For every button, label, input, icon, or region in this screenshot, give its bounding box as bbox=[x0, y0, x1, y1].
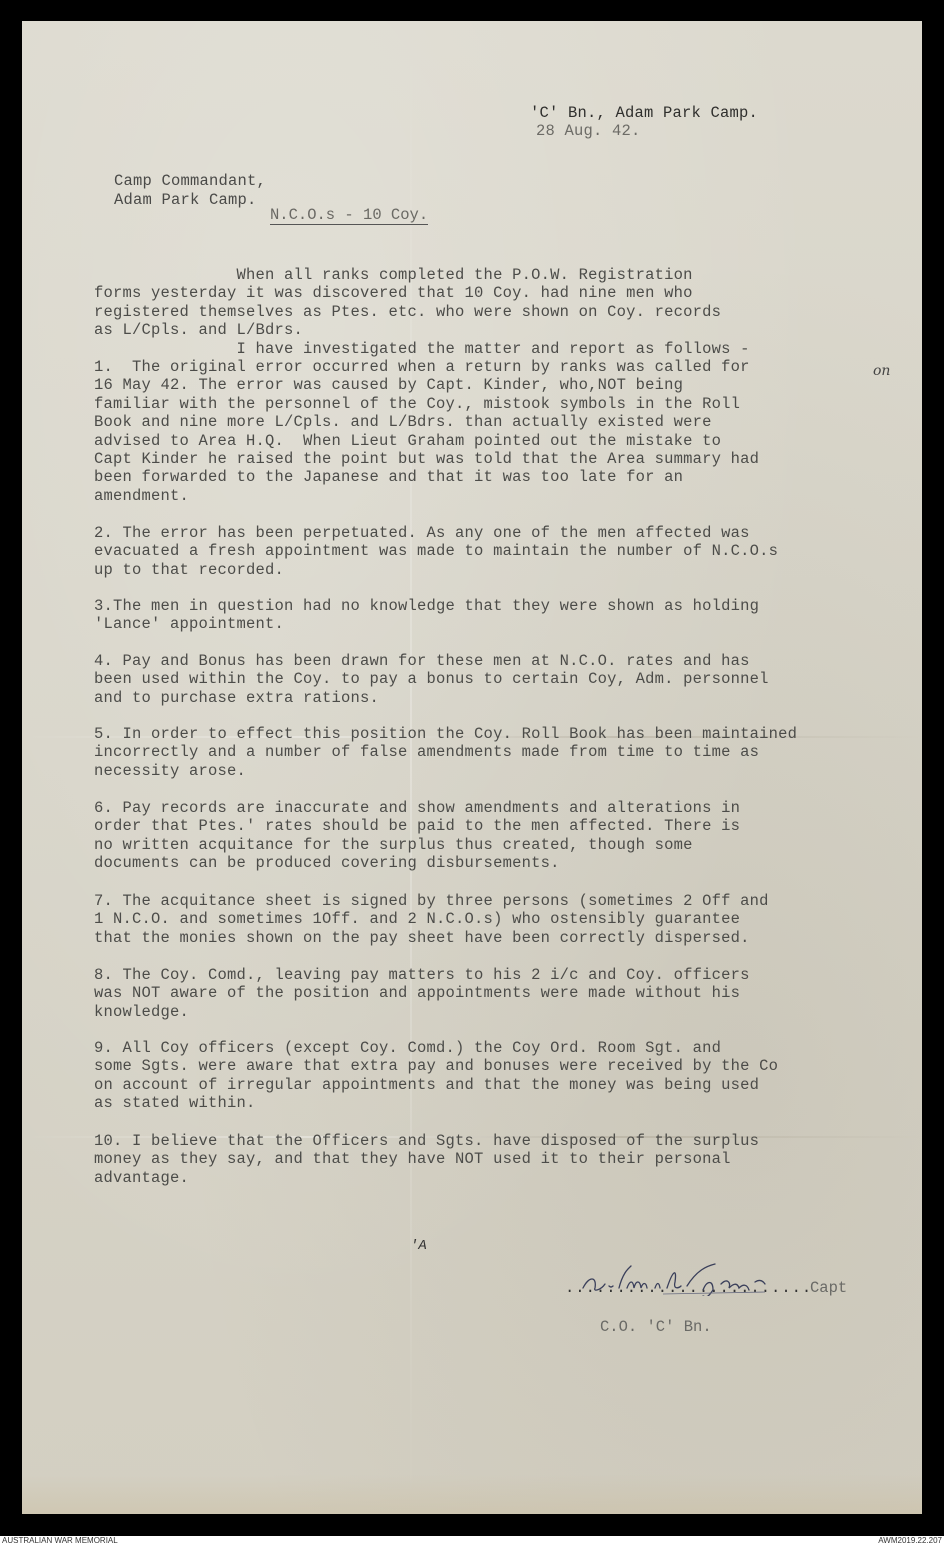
archive-footer: AUSTRALIAN WAR MEMORIAL AWM2019.22.207 bbox=[0, 1536, 944, 1546]
paragraph-3: 3.The men in question had no knowledge t… bbox=[94, 597, 894, 634]
margin-mark: 'A bbox=[410, 1238, 427, 1254]
paragraph-line: knowledge. bbox=[94, 1003, 894, 1021]
paragraph-line: that the monies shown on the pay sheet h… bbox=[94, 929, 894, 947]
paragraph-line: was NOT aware of the position and appoin… bbox=[94, 984, 894, 1002]
intro-line: registered themselves as Ptes. etc. who … bbox=[94, 303, 894, 321]
paper-worn-edge bbox=[22, 1474, 922, 1514]
paragraph-line: incorrectly and a number of false amendm… bbox=[94, 743, 894, 761]
paragraph-line: familiar with the personnel of the Coy.,… bbox=[94, 395, 894, 413]
paragraph-8: 8. The Coy. Comd., leaving pay matters t… bbox=[94, 966, 894, 1021]
subject-heading: N.C.O.s - 10 Coy. bbox=[270, 206, 428, 225]
paragraph-line: necessity arose. bbox=[94, 762, 894, 780]
paragraph-line: 4. Pay and Bonus has been drawn for thes… bbox=[94, 652, 894, 670]
handwritten-signature-icon bbox=[575, 1262, 815, 1296]
paragraph-line: 8. The Coy. Comd., leaving pay matters t… bbox=[94, 966, 894, 984]
intro-line: I have investigated the matter and repor… bbox=[94, 340, 894, 358]
paragraph-line: 5. In order to effect this position the … bbox=[94, 725, 894, 743]
paragraph-line: 6. Pay records are inaccurate and show a… bbox=[94, 799, 894, 817]
paragraph-line: been used within the Coy. to pay a bonus… bbox=[94, 670, 894, 688]
intro-paragraph: When all ranks completed the P.O.W. Regi… bbox=[94, 266, 894, 358]
paragraph-line: money as they say, and that they have NO… bbox=[94, 1150, 894, 1168]
paragraph-9: 9. All Coy officers (except Coy. Comd.) … bbox=[94, 1039, 894, 1113]
paragraph-line: Capt Kinder he raised the point but was … bbox=[94, 450, 894, 468]
paragraph-line: Book and nine more L/Cpls. and L/Bdrs. t… bbox=[94, 413, 894, 431]
paragraph-1: 1. The original error occurred when a re… bbox=[94, 358, 894, 505]
paragraph-line: up to that recorded. bbox=[94, 561, 894, 579]
paragraph-line: 'Lance' appointment. bbox=[94, 615, 894, 633]
paragraph-line: 7. The acquitance sheet is signed by thr… bbox=[94, 892, 894, 910]
paragraph-line: documents can be produced covering disbu… bbox=[94, 854, 894, 872]
paragraph-line: advised to Area H.Q. When Lieut Graham p… bbox=[94, 432, 894, 450]
intro-line: When all ranks completed the P.O.W. Regi… bbox=[94, 266, 894, 284]
paragraph-6: 6. Pay records are inaccurate and show a… bbox=[94, 799, 894, 873]
paragraph-line: 16 May 42. The error was caused by Capt.… bbox=[94, 376, 894, 394]
accession-number: AWM2019.22.207 bbox=[878, 1536, 942, 1546]
paragraph-line: 10. I believe that the Officers and Sgts… bbox=[94, 1132, 894, 1150]
paragraph-line: order that Ptes.' rates should be paid t… bbox=[94, 817, 894, 835]
intro-line: as L/Cpls. and L/Bdrs. bbox=[94, 321, 894, 339]
paragraph-line: some Sgts. were aware that extra pay and… bbox=[94, 1057, 894, 1075]
signature-rank: Capt bbox=[810, 1279, 847, 1297]
paragraph-line: evacuated a fresh appointment was made t… bbox=[94, 542, 894, 560]
paragraph-line: amendment. bbox=[94, 487, 894, 505]
paragraph-line: 3.The men in question had no knowledge t… bbox=[94, 597, 894, 615]
paragraph-7: 7. The acquitance sheet is signed by thr… bbox=[94, 892, 894, 947]
paragraph-2: 2. The error has been perpetuated. As an… bbox=[94, 524, 894, 579]
signature-title: C.O. 'C' Bn. bbox=[600, 1318, 712, 1336]
paragraph-line: 1. The original error occurred when a re… bbox=[94, 358, 894, 376]
paragraph-4: 4. Pay and Bonus has been drawn for thes… bbox=[94, 652, 894, 707]
paragraph-line: on account of irregular appointments and… bbox=[94, 1076, 894, 1094]
paragraph-line: 9. All Coy officers (except Coy. Comd.) … bbox=[94, 1039, 894, 1057]
addressee-line1: Camp Commandant, bbox=[114, 172, 266, 190]
paragraph-10: 10. I believe that the Officers and Sgts… bbox=[94, 1132, 894, 1187]
paragraph-line: 1 N.C.O. and sometimes 1Off. and 2 N.C.O… bbox=[94, 910, 894, 928]
paragraph-line: advantage. bbox=[94, 1169, 894, 1187]
paragraph-line: and to purchase extra rations. bbox=[94, 689, 894, 707]
paragraph-line: been forwarded to the Japanese and that … bbox=[94, 468, 894, 486]
header-unit-line: 'C' Bn., Adam Park Camp. bbox=[530, 104, 758, 122]
paragraph-line: no written acquitance for the surplus th… bbox=[94, 836, 894, 854]
addressee-line2: Adam Park Camp. bbox=[114, 191, 257, 209]
paragraph-line: as stated within. bbox=[94, 1094, 894, 1112]
institution-label: AUSTRALIAN WAR MEMORIAL bbox=[2, 1536, 118, 1546]
paragraph-line: 2. The error has been perpetuated. As an… bbox=[94, 524, 894, 542]
intro-line: forms yesterday it was discovered that 1… bbox=[94, 284, 894, 302]
paragraph-5: 5. In order to effect this position the … bbox=[94, 725, 894, 780]
header-date: 28 Aug. 42. bbox=[536, 122, 641, 140]
